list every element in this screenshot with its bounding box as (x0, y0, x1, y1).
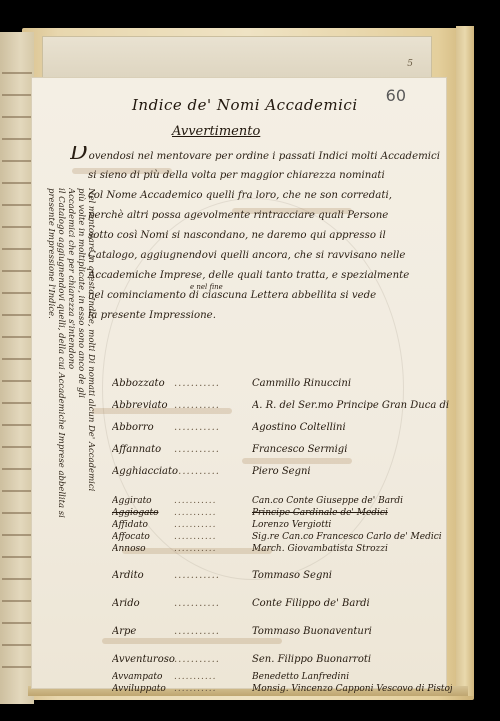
right-binding-flap (456, 26, 474, 696)
index-entry: Avvampato...........Benedetto Lanfredini (112, 672, 442, 684)
manuscript-page: 60 Indice de' Nomi Accademici Avvertimen… (32, 78, 446, 688)
left-adjacent-leaf (0, 32, 34, 704)
index-entry: Abbreviato...........A. R. del Ser.mo Pr… (112, 396, 442, 418)
academic-names-index: Abbozzato...........Cammillo Rinuccini A… (112, 374, 442, 696)
index-entry: Agghiacciato...........Piero Segni (112, 462, 442, 484)
margin-note-line: presente Impressione l'Indice. (46, 188, 56, 518)
index-entry: Arido...........Conte Filippo de' Bardi (112, 594, 442, 616)
body-line: Accademiche Imprese, delle quali tanto t… (70, 266, 440, 286)
index-entry: Avventuroso...........Sen. Filippo Buona… (112, 650, 442, 672)
index-entry: Ardito...........Tommaso Segni (112, 566, 442, 588)
body-line: la presente Impressione. (70, 306, 440, 326)
body-line: si sieno di più della volta per maggior … (70, 166, 440, 186)
body-line: sotto così Nomi si nascondano, ne daremo… (70, 226, 440, 246)
interlinear-insertion: e nel fine (190, 277, 223, 297)
index-entry: Aggirato...........Can.co Conte Giuseppe… (112, 496, 442, 508)
section-heading: Avvertimento (172, 124, 260, 139)
stub-page: 5 (42, 36, 432, 82)
body-line: col Nome Accademico quelli fra loro, che… (70, 186, 440, 206)
index-entry: Affannato...........Francesco Sermigi (112, 440, 442, 462)
stub-page-number: 5 (407, 59, 413, 69)
index-entry: Abbozzato...........Cammillo Rinuccini (112, 374, 442, 396)
margin-note-line: il Catalogo aggiugnendovi quelli, della … (56, 188, 66, 518)
preface-text: Dovendosi nel mentovare per ordine i pas… (70, 146, 440, 326)
page-title: Indice de' Nomi Accademici (132, 96, 358, 114)
body-line: nel cominciamento di ciascuna Lettera ab… (70, 286, 440, 306)
index-entry: Avviluppato...........Monsig. Vincenzo C… (112, 684, 442, 696)
index-entry: Abborro...........Agostino Coltellini (112, 418, 442, 440)
body-line: perchè altri possa agevolmente rintracci… (70, 206, 440, 226)
margin-note-line: Nel mentovare in questo Indice, molti Di… (86, 188, 96, 518)
index-entry: Annoso...........March. Giovambatista St… (112, 544, 442, 556)
body-line: Catalogo, aggiugnendovi quelli ancora, c… (70, 246, 440, 266)
folio-number: 60 (386, 86, 406, 105)
index-entry-struck: Aggiogato...........Principe Cardinale d… (112, 508, 442, 520)
decorated-initial: D (70, 146, 88, 165)
margin-note-line: Accademici che per chiarezza s'intendono (66, 188, 76, 518)
index-entry: Affidato...........Lorenzo Vergiotti (112, 520, 442, 532)
index-entry: Arpe...........Tommaso Buonaventuri (112, 622, 442, 644)
body-line: Dovendosi nel mentovare per ordine i pas… (70, 146, 440, 166)
margin-note-line: più volte in moltiplicate, in esso sono … (76, 188, 86, 518)
margin-note: Nel mentovare in questo Indice, molti Di… (46, 188, 94, 518)
index-entry: Affocato...........Sig.re Can.co Frances… (112, 532, 442, 544)
